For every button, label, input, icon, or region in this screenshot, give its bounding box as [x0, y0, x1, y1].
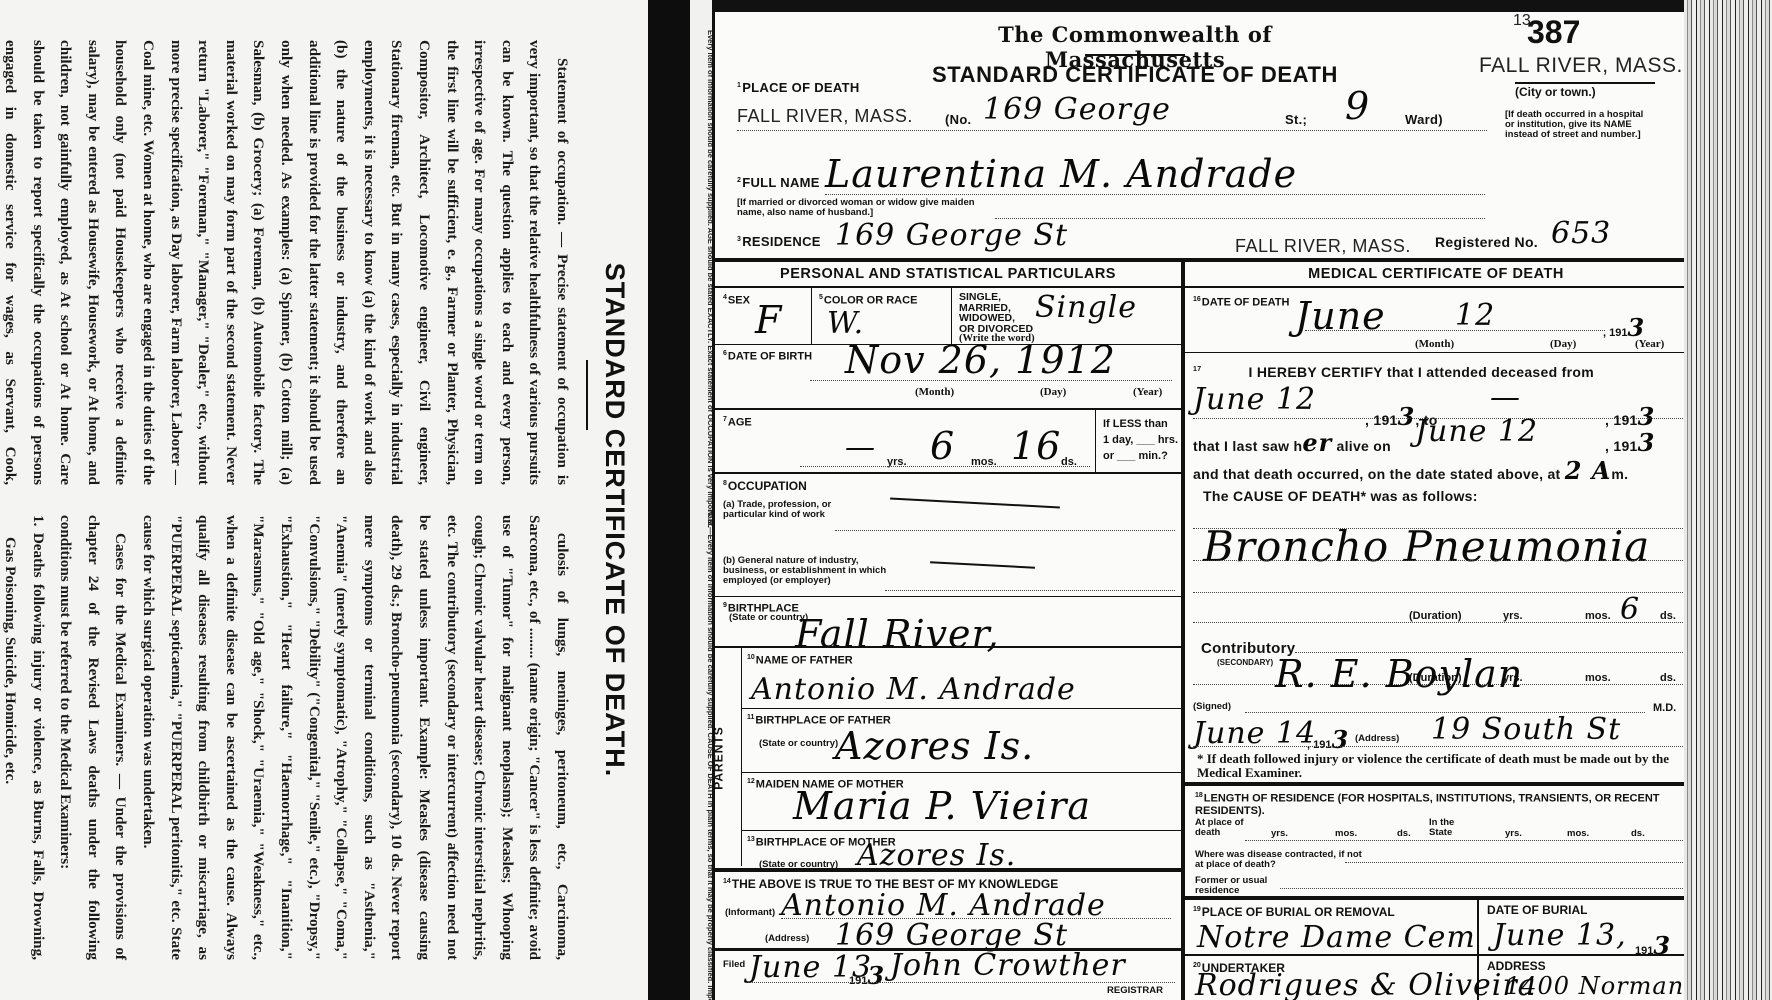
last-saw-statement: that I last saw her alive on [1193, 428, 1391, 457]
occupation-a-label: (a) Trade, profession, or particular kin… [723, 500, 843, 520]
age-years-value[interactable]: — [845, 430, 876, 465]
side-notice-strip: Every item of information should be care… [690, 0, 714, 1000]
place-city-stamp: FALL RIVER, MASS. [737, 106, 913, 127]
rule [741, 830, 1181, 831]
in-state-mos: mos. [1567, 829, 1589, 839]
book-page-edges [1684, 0, 1772, 1000]
duration-yrs-unit: yrs. [1503, 610, 1523, 622]
rule [1185, 954, 1684, 956]
cause-of-death-label: The CAUSE OF DEATH* was as follows: [1203, 488, 1478, 504]
at-place-yrs: yrs. [1271, 829, 1288, 839]
undertaker-address-label: ADDRESS [1487, 960, 1546, 972]
title-rule [586, 360, 588, 430]
city-rule [1515, 82, 1655, 84]
in-state-label: In the State [1429, 818, 1474, 838]
contributory-mos-unit: mos. [1585, 672, 1611, 684]
occupation-instructions: Statement of occupation. — Precise state… [0, 40, 576, 485]
left-page-title: STANDARD CERTIFICATE OF DEATH. [596, 80, 630, 960]
medical-section-title: MEDICAL CERTIFICATE OF DEATH [1185, 266, 1684, 282]
death-day-caption: (Day) [1550, 338, 1576, 350]
at-place-label: At place of death [1195, 818, 1250, 838]
dob-day-caption: (Day) [1040, 386, 1066, 398]
undertaker-address-value[interactable]: 1400 Normandy St [1505, 972, 1684, 1000]
father-name-label: 10NAME OF FATHER [747, 652, 853, 667]
section-divider [715, 258, 1684, 262]
attended-from-value[interactable]: June 12 [1193, 382, 1316, 417]
violence-note: * If death followed injury or violence t… [1197, 752, 1677, 780]
occupation-a-dash [890, 498, 1060, 509]
md-label: M.D. [1653, 702, 1676, 714]
death-day-value[interactable]: 12 [1455, 298, 1495, 333]
death-year: , 1913 [1603, 322, 1645, 339]
occupation-label: 8OCCUPATION [723, 478, 807, 492]
parents-side-label: PARENTS [713, 726, 725, 789]
filed-label: Filed [723, 960, 745, 970]
rule [1185, 896, 1684, 900]
contributory-sub: (SECONDARY) [1217, 658, 1273, 668]
ward-label: Ward) [1405, 112, 1443, 127]
cause-of-death-value[interactable]: Broncho Pneumonia [1203, 522, 1650, 571]
informant-address-label: (Address) [765, 934, 809, 944]
cause-instructions: culosis of lungs, meninges, peritoneum, … [135, 515, 577, 960]
dob-month-caption: (Month) [915, 386, 954, 398]
less-than-day-box: If LESS than 1 day, ___ hrs. or ___ min.… [1103, 416, 1178, 464]
instructions-column-2: culosis of lungs, meninges, peritoneum, … [0, 515, 576, 960]
registrar-signature[interactable]: John Crowther [890, 948, 1126, 983]
rule [811, 288, 812, 344]
physician-signature[interactable]: R. E. Boylan [1275, 652, 1523, 696]
occupation-b-dash [930, 561, 1035, 568]
duration-label: (Duration) [1409, 610, 1462, 622]
rule [715, 868, 1181, 872]
color-value[interactable]: W. [827, 306, 864, 341]
death-certificate-form: The Commonwealth of Massachusetts STANDA… [712, 0, 1684, 1000]
death-month-value[interactable]: June [1295, 294, 1386, 338]
burial-place-value[interactable]: Notre Dame Cem [1197, 920, 1476, 955]
rule [741, 708, 1181, 709]
at-place-mos: mos. [1335, 829, 1357, 839]
last-saw-value[interactable]: June 12 [1415, 414, 1538, 449]
date-of-death-label: 16DATE OF DEATH [1193, 294, 1289, 309]
in-state-ds: ds. [1631, 829, 1645, 839]
hospital-note: [If death occurred in a hospital or inst… [1505, 110, 1655, 140]
rule [715, 596, 1181, 597]
full-name-label: 2FULL NAME [737, 175, 820, 190]
residence-length-label: 18LENGTH OF RESIDENCE (FOR HOSPITALS, IN… [1195, 790, 1675, 817]
street-value[interactable]: 169 George [983, 92, 1171, 127]
residence-label: 3RESIDENCE [737, 234, 821, 249]
father-birthplace-sub: (State or country) [759, 739, 838, 749]
certificate-title: STANDARD CERTIFICATE OF DEATH [865, 62, 1405, 88]
mother-name-value[interactable]: Maria P. Vieira [793, 784, 1091, 828]
sex-label: 4SEX [723, 292, 750, 307]
attended-to-year: , 1913 [1605, 402, 1655, 431]
left-page-instructions: STANDARD CERTIFICATE OF DEATH. Statement… [0, 0, 648, 1000]
rule [741, 646, 742, 866]
age-months-value[interactable]: 6 [930, 424, 955, 468]
filed-year: 1913 [849, 970, 885, 987]
signed-year: , 1913 [1307, 734, 1349, 751]
page-number: 387 [1527, 14, 1580, 51]
residence-city-stamp: FALL RIVER, MASS. [1235, 236, 1411, 257]
heading-rule [1085, 54, 1185, 56]
rule [741, 772, 1181, 773]
duration-mos-unit: mos. [1585, 610, 1611, 622]
attended-to-value[interactable]: — [1490, 380, 1521, 415]
death-year-caption: (Year) [1635, 338, 1664, 350]
duration-days-unit: ds. [1660, 610, 1676, 622]
death-month-caption: (Month) [1415, 338, 1454, 350]
burial-date-value[interactable]: June 13, [1493, 918, 1627, 953]
ward-value[interactable]: 9 [1345, 84, 1370, 128]
informant-label: (Informant) [725, 908, 775, 918]
signed-address-label: (Address) [1355, 734, 1399, 744]
rule [1185, 782, 1684, 786]
burial-place-label: 19PLACE OF BURIAL OR REMOVAL [1193, 904, 1395, 918]
marital-status-value[interactable]: Single [1035, 290, 1137, 325]
rule [715, 646, 1181, 648]
residence-value[interactable]: 169 George St [835, 218, 1068, 253]
book-gutter [648, 0, 692, 1000]
city-stamp: FALL RIVER, MASS. [1479, 54, 1683, 78]
rule [715, 472, 1181, 474]
age-label: 7AGE [723, 414, 752, 429]
rule [715, 286, 1181, 288]
dob-label: 6DATE OF BIRTH [723, 348, 812, 363]
burial-date-label: DATE OF BURIAL [1487, 904, 1587, 916]
medical-examiner-instructions: Cases for the Medical Examiners. — Under… [52, 515, 135, 960]
occupation-b-label: (b) General nature of industry, business… [723, 556, 888, 586]
color-label: 5COLOR OR RACE [819, 292, 917, 307]
registered-no-label: Registered No. [1435, 234, 1538, 250]
st-label: St.; [1285, 112, 1307, 127]
rule [1185, 286, 1684, 288]
examiner-list-item: 1. Deaths following injury or violence, … [0, 515, 52, 960]
rule [951, 288, 952, 344]
full-name-value[interactable]: Laurentina M. Andrade [825, 152, 1297, 196]
father-name-value[interactable]: Antonio M. Andrade [751, 672, 1076, 707]
rotated-instructions: STANDARD CERTIFICATE OF DEATH. Statement… [0, 0, 648, 1000]
full-name-note: [If married or divorced woman or widow g… [737, 198, 997, 218]
place-of-death-label: 1PLACE OF DEATH [737, 80, 860, 95]
dob-value[interactable]: Nov 26, 1912 [845, 338, 1116, 382]
signed-label: (Signed) [1193, 702, 1231, 712]
father-birthplace-value[interactable]: Azores Is. [835, 724, 1034, 768]
marital-status-label: SINGLE, MARRIED, WIDOWED, OR DIVORCED (W… [959, 292, 1035, 345]
city-caption: (City or town.) [1515, 86, 1596, 98]
rule [1185, 352, 1684, 353]
signed-address-value[interactable]: 19 South St [1431, 712, 1621, 747]
age-days-value[interactable]: 16 [1011, 424, 1061, 468]
registrar-label: REGISTRAR [1107, 986, 1163, 996]
undertaker-value[interactable]: Rodrigues & Oliveira [1195, 968, 1537, 1000]
dob-year-caption: (Year) [1133, 386, 1162, 398]
disease-contracted-label: Where was disease contracted, if not at … [1195, 850, 1365, 870]
rule [1095, 410, 1096, 472]
registered-no-value[interactable]: 653 [1551, 216, 1611, 251]
last-saw-year: , 1913 [1605, 428, 1655, 457]
personal-section-title: PERSONAL AND STATISTICAL PARTICULARS [715, 266, 1181, 282]
column-divider [1181, 258, 1185, 1000]
certify-statement: 17 I HEREBY CERTIFY that I attended dece… [1193, 364, 1594, 380]
instructions-column-1: Statement of occupation. — Precise state… [0, 40, 576, 485]
death-occurred-statement: and that death occurred, on the date sta… [1193, 456, 1628, 485]
sex-value[interactable]: F [755, 298, 782, 342]
birthplace-value[interactable]: Fall River, [795, 612, 1000, 656]
at-place-ds: ds. [1397, 829, 1411, 839]
street-no-label: (No. [945, 112, 971, 127]
former-residence-label: Former or usual residence [1195, 876, 1285, 896]
in-state-yrs: yrs. [1505, 829, 1522, 839]
rule [715, 408, 1181, 410]
contributory-days-unit: ds. [1660, 672, 1676, 684]
